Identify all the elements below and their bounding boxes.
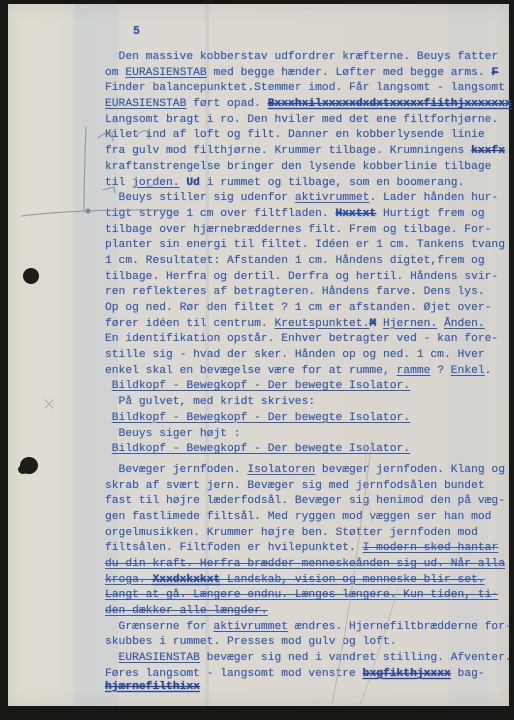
text-segment: aktivrummet: [213, 621, 288, 633]
text-segment: EURASIENSTAB: [105, 98, 186, 110]
text-line: Bildkopf - Bewegkopf - Der bewegte Isola…: [105, 411, 514, 427]
text-line: Beuys siger højt :: [105, 427, 514, 443]
text-segment: I modern sked hantar: [363, 542, 499, 554]
text-segment: Beuys siger højt :: [119, 428, 241, 440]
text-line: om EURASIENSTAB med begge hænder. Løfter…: [105, 66, 514, 82]
text-line: filtsålen. Filtfoden er hvilepunktet. I …: [105, 541, 514, 557]
text-segment: Bildkopf - Bewegkopf - Der bewegte Isola…: [112, 443, 410, 455]
text-segment: Isolatoren: [247, 464, 315, 476]
text-line: planter sin energi til filtet. Idéen er …: [105, 238, 514, 254]
text-segment: ren reflekteres af betragteren. Håndens …: [105, 286, 485, 298]
text-segment: Op og ned. Rør den filtet ? 1 cm er afst…: [105, 302, 491, 314]
text-segment: tilbage over hjærnebræddernes filt. Frem…: [105, 224, 491, 236]
text-segment: Grænserne for: [119, 621, 214, 633]
text-line: På gulvet, med kridt skrives:: [105, 395, 514, 411]
text-segment: Bildkopf - Bewegkopf - Der bewegte Isola…: [112, 380, 410, 392]
page-number: 5: [133, 25, 140, 38]
paper: 5 Den massive kobberstav udfordrer kræft…: [8, 4, 509, 706]
text-segment: Hjernen.: [383, 318, 437, 330]
text-block: Den massive kobberstav udfordrer kræfter…: [105, 50, 514, 695]
text-segment: ført opad.: [186, 98, 267, 110]
text-line: Finder balancepunktet.Stemmer imod. Får …: [105, 81, 514, 97]
text-segment: bevæger jernfoden. Klang og: [315, 464, 505, 476]
text-line: Kilet ind af loft og filt. Danner en kob…: [105, 128, 514, 144]
text-segment: hjærnefilthixx: [105, 681, 200, 693]
text-line: tilbage. Herfra og dertil. Derfra og her…: [105, 270, 514, 286]
text-segment: Langt at gå. Længere endnu. Længes længe…: [105, 589, 498, 601]
text-line: Grænserne for aktivrummet ændres. Hjerne…: [105, 620, 514, 636]
text-segment: EURASIENSTAB: [119, 652, 200, 664]
text-segment: bxgfikthjxxxx: [363, 668, 451, 680]
text-line: skubbes i rummet. Presses mod gulv og lo…: [105, 635, 514, 651]
text-segment: Beuys stiller sig udenfor: [119, 192, 295, 204]
text-line: EURASIENSTAB ført opad. Bxxxhxilxxxxxdxd…: [105, 97, 514, 113]
text-line: EURASIENSTAB bevæger sig ned i vandret s…: [105, 651, 514, 667]
text-segment: jorden.: [132, 177, 179, 189]
text-line: fra gulv mod filthjørne. Krummer tilbage…: [105, 144, 514, 160]
text-segment: Bildkopf - Bewegkopf - Der bewegte Isola…: [112, 412, 410, 424]
text-segment: til: [105, 177, 132, 189]
text-segment: planter sin energi til filtet. Idéen er …: [105, 239, 505, 251]
text-segment: Hxxtxt: [336, 208, 377, 220]
text-segment: Den massive kobberstav udfordrer kræfter…: [119, 51, 499, 63]
text-segment: orgelmusikken. Krummer højre ben. Støtte…: [105, 527, 478, 539]
text-line: ren reflekteres af betragteren. Håndens …: [105, 285, 514, 301]
text-segment: skubbes i rummet. Presses mod gulv og lo…: [105, 636, 397, 648]
text-segment: Landskab, vision og menneske blir set.: [220, 574, 484, 586]
text-segment: Kreutspunktet.: [274, 318, 369, 330]
text-segment: ramme: [397, 365, 431, 377]
text-line: Langsomt bragt i ro. Den hviler med det …: [105, 113, 514, 129]
text-line: gen fastlimede filtsål. Med ryggen mod v…: [105, 510, 514, 526]
text-line: Op og ned. Rør den filtet ? 1 cm er afst…: [105, 301, 514, 317]
text-segment: 1 cm. Resultatet: Afstanden 1 cm. Hånden…: [105, 255, 485, 267]
text-segment: bevæger sig ned i vandret stilling. Afve…: [200, 652, 512, 664]
scanned-document-photo: 5 Den massive kobberstav udfordrer kræft…: [0, 0, 514, 720]
text-line: stille sig - hvad der sker. Hånden op og…: [105, 348, 514, 364]
text-segment: . Lader hånden hur-: [369, 192, 498, 204]
text-segment: Ånden.: [444, 318, 485, 330]
text-segment: F: [491, 67, 498, 79]
hole-punch-bottom: [20, 457, 38, 474]
text-segment: kraftanstrengelse bringer den lysende ko…: [105, 161, 491, 173]
text-segment: kxxfx: [471, 145, 505, 157]
text-line: kroga. Xxxdxkxkxt Landskab, vision og me…: [105, 573, 514, 589]
text-segment: stille sig - hvad der sker. Hånden op og…: [105, 349, 485, 361]
text-line: orgelmusikken. Krummer højre ben. Støtte…: [105, 526, 514, 542]
hole-punch-top: [23, 268, 39, 284]
text-line: Bildkopf - Bewegkopf - Der bewegte Isola…: [105, 442, 514, 458]
text-segment: den dækker alle længder.: [105, 605, 268, 617]
text-segment: Bxxxhxilxxxxxdxdxtxxxxxfiithjxxxxxxx: [268, 98, 512, 110]
text-segment: fast til højre læderfodsål. Bevæger sig …: [105, 495, 505, 507]
text-line: Langt at gå. Længere endnu. Længes længe…: [105, 588, 514, 604]
text-segment: gen fastlimede filtsål. Med ryggen mod v…: [105, 511, 491, 523]
text-segment: .: [485, 365, 492, 377]
text-segment: filtsålen. Filtfoden er hvilepunktet.: [105, 542, 363, 554]
text-segment: [376, 318, 383, 330]
text-segment: tigt stryge 1 cm over filtfladen.: [105, 208, 336, 220]
text-segment: med begge hænder. Løfter med begge arms.: [207, 67, 492, 79]
text-segment: Xxxdxkxkxt: [152, 574, 220, 586]
text-line: fører idéen til centrum. Kreutspunktet.M…: [105, 317, 514, 333]
text-segment: En identifikation opstår. Enhver betragt…: [105, 333, 498, 345]
text-segment: i rummet og tilbage, som en boomerang.: [200, 177, 464, 189]
text-line: skrab af svært jern. Bevæger sig med jer…: [105, 479, 514, 495]
text-line: den dækker alle længder.: [105, 604, 514, 620]
text-line: En identifikation opstår. Enhver betragt…: [105, 332, 514, 348]
text-segment: [437, 318, 444, 330]
text-segment: aktivrummet: [295, 192, 370, 204]
text-line: tigt stryge 1 cm over filtfladen. Hxxtxt…: [105, 207, 514, 223]
text-segment: skrab af svært jern. Bevæger sig med jer…: [105, 480, 485, 492]
text-segment: Føres langsomt - langsomt mod venstre: [105, 668, 363, 680]
text-line: til jorden. Ud i rummet og tilbage, som …: [105, 176, 514, 192]
text-segment: EURASIENSTAB: [125, 67, 206, 79]
text-segment: kroga.: [105, 574, 152, 586]
text-segment: Finder balancepunktet.Stemmer imod. Får …: [105, 82, 505, 94]
text-segment: Ud: [186, 177, 200, 189]
text-segment: fører idéen til centrum.: [105, 318, 274, 330]
text-line: Bevæger jernfoden. Isolatoren bevæger je…: [105, 463, 514, 479]
text-segment: ?: [430, 365, 450, 377]
text-segment: Enkel: [451, 365, 485, 377]
text-segment: enkel skal en bevægelse være for at rumm…: [105, 365, 397, 377]
text-line: Beuys stiller sig udenfor aktivrummet. L…: [105, 191, 514, 207]
text-segment: ændres. Hjernefiltbrædderne for-: [288, 621, 512, 633]
text-segment: Hurtigt frem og: [376, 208, 484, 220]
text-segment: tilbage. Herfra og dertil. Derfra og her…: [105, 271, 498, 283]
text-line: Bildkopf - Bewegkopf - Der bewegte Isola…: [105, 379, 514, 395]
text-segment: Kilet ind af loft og filt. Danner en kob…: [105, 129, 485, 141]
text-line: du din kraft. Herfra brædder menneskeånd…: [105, 557, 514, 573]
text-line: 1 cm. Resultatet: Afstanden 1 cm. Hånden…: [105, 254, 514, 270]
text-segment: bag-: [451, 668, 485, 680]
text-line: kraftanstrengelse bringer den lysende ko…: [105, 160, 514, 176]
text-segment: På gulvet, med kridt skrives:: [119, 396, 316, 408]
text-line: enkel skal en bevægelse være for at rumm…: [105, 364, 514, 380]
text-segment: om: [105, 67, 125, 79]
text-segment: du din kraft. Herfra brædder menneskeånd…: [105, 558, 505, 570]
text-line: fast til højre læderfodsål. Bevæger sig …: [105, 494, 514, 510]
text-segment: fra gulv mod filthjørne. Krummer tilbage…: [105, 145, 471, 157]
text-line: Den massive kobberstav udfordrer kræfter…: [105, 50, 514, 66]
text-line: tilbage over hjærnebræddernes filt. Frem…: [105, 223, 514, 239]
text-segment: Bevæger jernfoden.: [119, 464, 248, 476]
text-segment: Langsomt bragt i ro. Den hviler med det …: [105, 114, 498, 126]
